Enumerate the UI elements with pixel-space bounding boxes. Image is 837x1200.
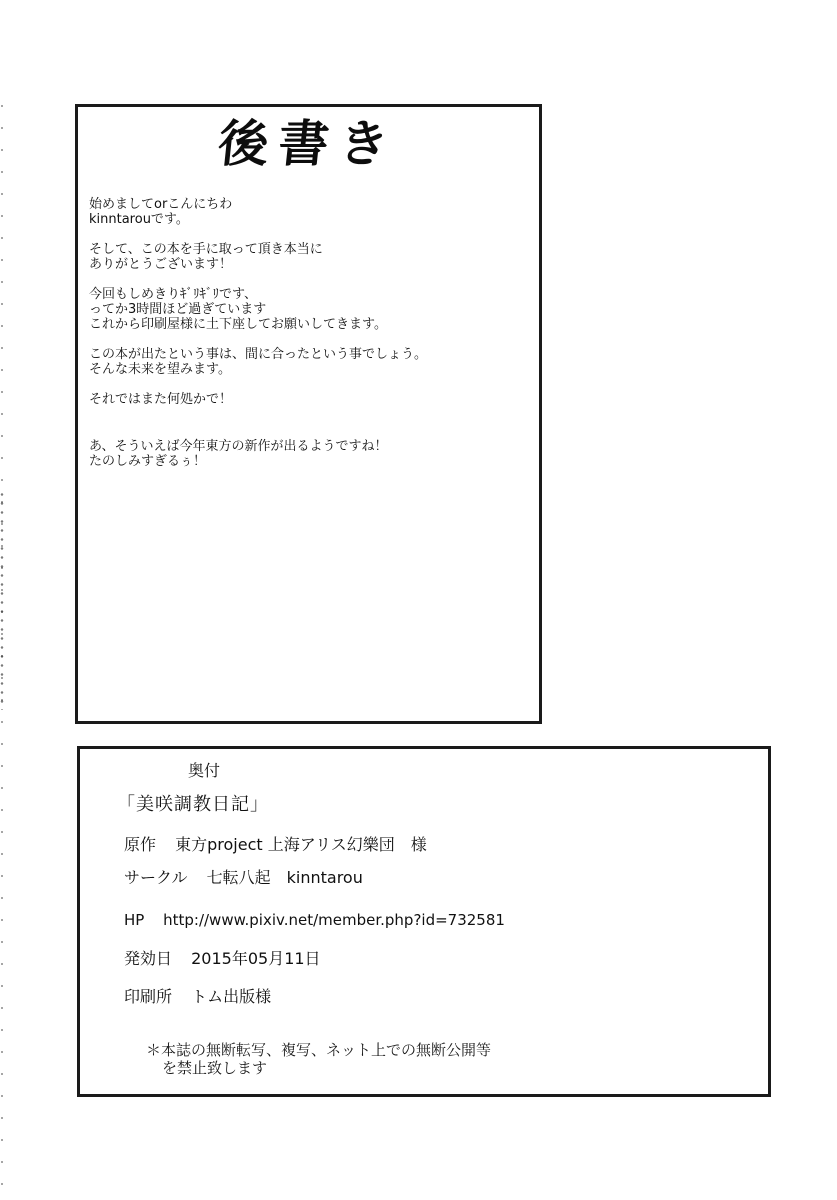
colophon-row-original: 原作 東方project 上海アリス幻樂団 様 <box>124 835 427 855</box>
copyright-disclaimer: ＊本誌の無断転写、複写、ネット上での無断公開等 を禁止致します <box>146 1041 491 1077</box>
colophon-box: 奥付 「美咲調教日記」 原作 東方project 上海アリス幻樂団 様 サークル… <box>77 746 771 1097</box>
hp-url: http://www.pixiv.net/member.php?id=73258… <box>163 910 505 930</box>
disclaimer-line-1: ＊本誌の無断転写、複写、ネット上での無断公開等 <box>146 1041 491 1059</box>
afterword-line: たのしみすぎるぅ！ <box>89 454 529 469</box>
afterword-line: これから印刷屋様に土下座してお願いしてきます。 <box>89 317 529 332</box>
afterword-line: ありがとうございます！ <box>89 257 529 272</box>
colophon-work-title: 「美咲調教日記」 <box>117 794 269 816</box>
afterword-line: それではまた何処かで！ <box>89 392 529 407</box>
disclaimer-line-2: を禁止致します <box>146 1059 491 1077</box>
printer-label: 印刷所 <box>124 987 172 1007</box>
afterword-paragraph: 始めましてorこんにちわ kinntarouです。 <box>89 197 529 227</box>
afterword-paragraph: そして、この本を手に取って頂き本当に ありがとうございます！ <box>89 242 529 272</box>
afterword-paragraph: それではまた何処かで！ <box>89 392 529 407</box>
afterword-box: 後書き 始めましてorこんにちわ kinntarouです。 そして、この本を手に… <box>75 104 542 724</box>
afterword-paragraph: 今回もしめきりｷﾞﾘｷﾞﾘです、 ってか3時間ほど過ぎています これから印刷屋様… <box>89 287 529 332</box>
circle-label: サークル <box>124 868 188 888</box>
afterword-line: あ、そういえば今年東方の新作が出るようですね！ <box>89 439 529 454</box>
hp-label: HP <box>124 910 144 930</box>
afterword-line: kinntarouです。 <box>89 212 529 227</box>
afterword-title: 後書き <box>75 115 542 173</box>
afterword-line: この本が出たという事は、間に合ったという事でしょう。 <box>89 347 529 362</box>
colophon-row-circle: サークル 七転八起 kinntarou <box>124 868 363 888</box>
date-value: 2015年05月11日 <box>191 949 320 969</box>
colophon-row-hp: HP http://www.pixiv.net/member.php?id=73… <box>124 910 505 930</box>
afterword-paragraph: この本が出たという事は、間に合ったという事でしょう。 そんな未来を望みます。 <box>89 347 529 377</box>
scan-edge-artifacts-dense <box>0 490 4 710</box>
afterword-line: そして、この本を手に取って頂き本当に <box>89 242 529 257</box>
afterword-paragraph: あ、そういえば今年東方の新作が出るようですね！ たのしみすぎるぅ！ <box>89 439 529 469</box>
original-label: 原作 <box>124 835 156 855</box>
circle-value: 七転八起 kinntarou <box>207 868 363 888</box>
afterword-line: そんな未来を望みます。 <box>89 362 529 377</box>
colophon-row-printer: 印刷所 トム出版様 <box>124 987 271 1007</box>
colophon-row-date: 発効日 2015年05月11日 <box>124 949 321 969</box>
afterword-line: 始めましてorこんにちわ <box>89 197 529 212</box>
afterword-line: ってか3時間ほど過ぎています <box>89 302 529 317</box>
afterword-line: 今回もしめきりｷﾞﾘｷﾞﾘです、 <box>89 287 529 302</box>
printer-value: トム出版様 <box>191 987 271 1007</box>
date-label: 発効日 <box>124 949 172 969</box>
afterword-body: 始めましてorこんにちわ kinntarouです。 そして、この本を手に取って頂… <box>89 197 529 484</box>
original-value: 東方project 上海アリス幻樂団 様 <box>175 835 427 855</box>
colophon-heading: 奥付 <box>188 761 220 781</box>
